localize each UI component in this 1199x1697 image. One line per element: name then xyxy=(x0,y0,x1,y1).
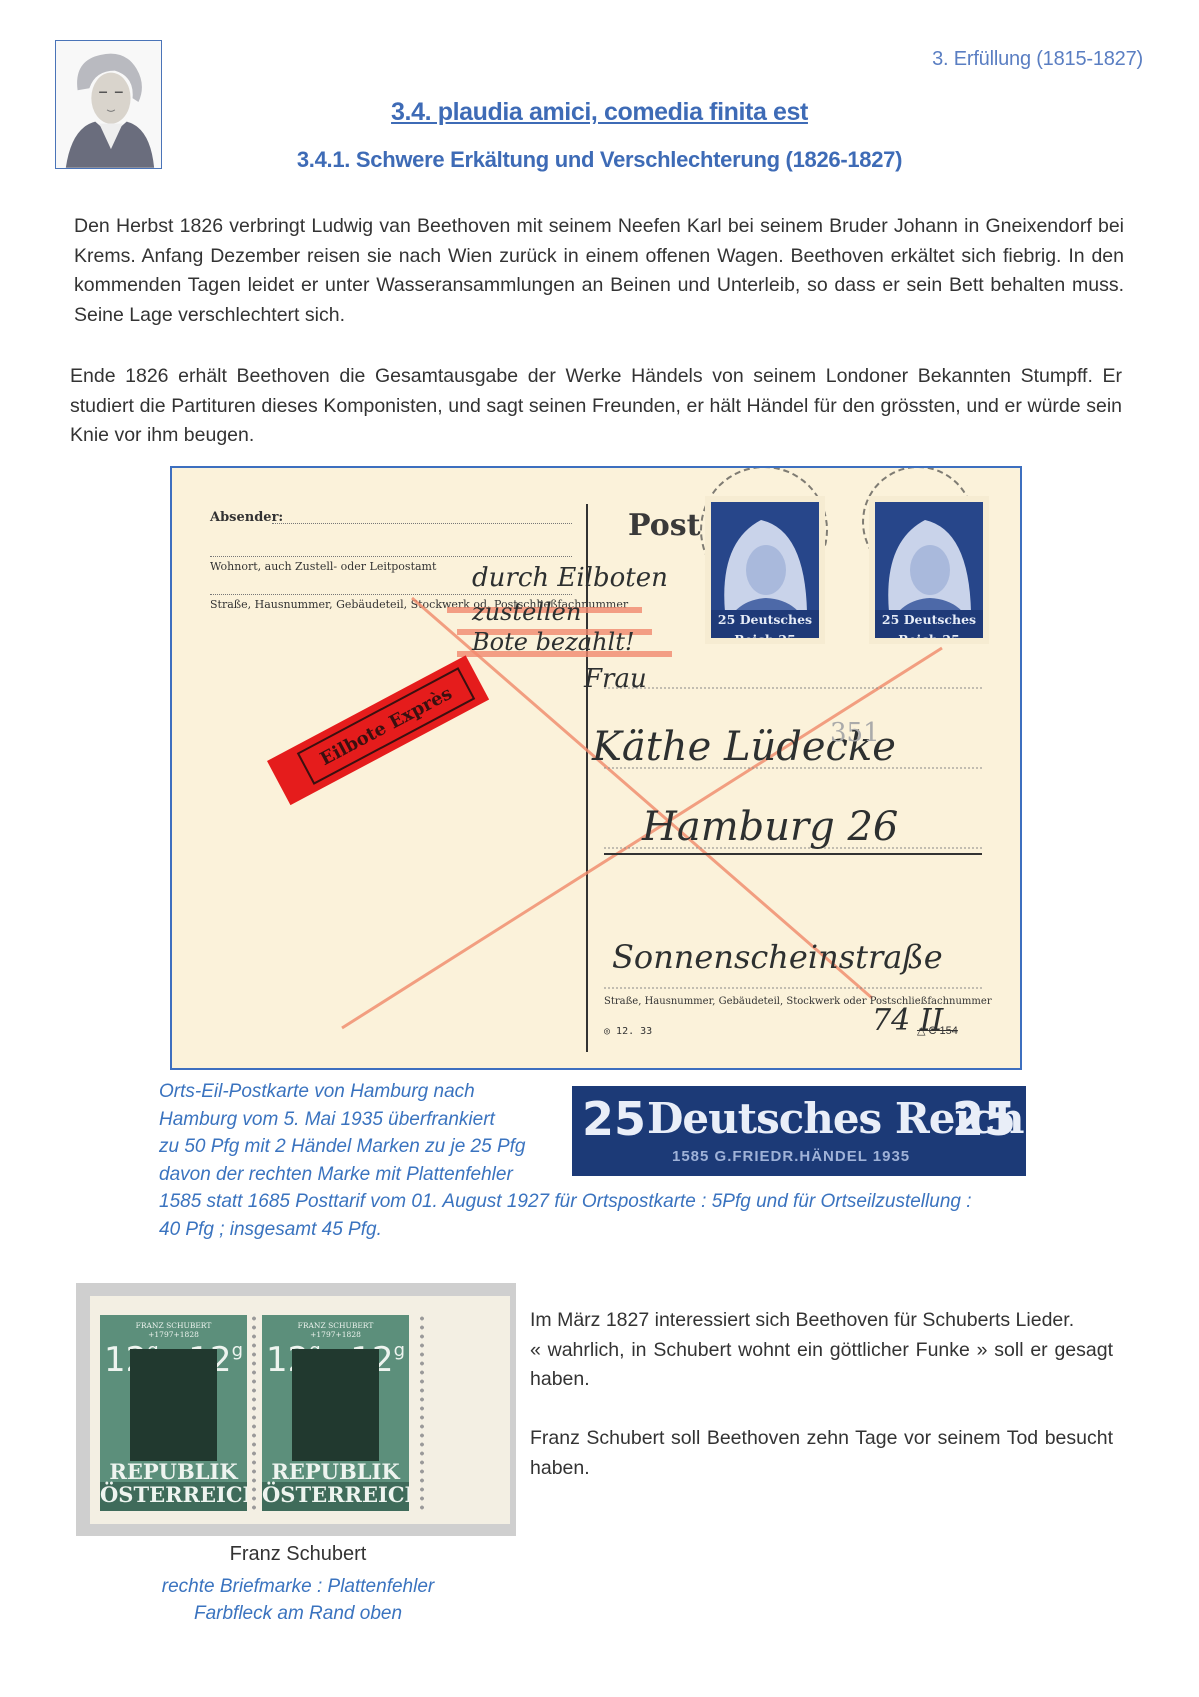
pencil-number: 351 xyxy=(830,718,880,748)
section-title: 3.4. plaudia amici, comedia finita est xyxy=(0,98,1199,127)
stamp-detail-enlargement: 25 Deutsches Reich 25 1585 G.FRIEDR.HÄND… xyxy=(572,1086,1026,1176)
postcard-caption: Orts-Eil-Postkarte von Hamburg nach Hamb… xyxy=(159,1078,579,1188)
paragraph-autumn-1826: Den Herbst 1826 verbringt Ludwig van Bee… xyxy=(74,212,1124,330)
stamp-republic: REPUBLIK xyxy=(262,1459,409,1484)
caption-line: Hamburg vom 5. Mai 1935 überfrankiert xyxy=(159,1106,579,1134)
handwriting-line: Bote bezahlt! xyxy=(472,628,635,656)
schubert-paragraph: Im März 1827 interessiert sich Beethoven… xyxy=(530,1306,1113,1336)
caption-line: 40 Pfg ; insgesamt 45 Pfg. xyxy=(159,1216,1059,1244)
handwriting-line: zustellen xyxy=(472,598,581,626)
postcard-caption-continued: 1585 statt 1685 Posttarif vom 01. August… xyxy=(159,1188,1059,1243)
stamp-value: 25 xyxy=(718,612,735,627)
detail-value-right: 25 xyxy=(952,1092,1016,1146)
footer-code-right: △ C 154 xyxy=(917,1024,958,1037)
stamp-country: Deutsches Reich xyxy=(898,612,976,638)
address-line: Hamburg 26 xyxy=(642,804,898,850)
schubert-text: Im März 1827 interessiert sich Beethoven… xyxy=(530,1306,1113,1483)
stamp-country: ÖSTERREICH xyxy=(100,1482,247,1511)
schubert-stamp-right: FRANZ SCHUBERT+1797+1828 12g 12g REPUBLI… xyxy=(262,1315,409,1511)
stamp-value: 25 xyxy=(778,632,795,638)
schubert-portrait-icon xyxy=(130,1349,217,1461)
schubert-paragraph: Franz Schubert soll Beethoven zehn Tage … xyxy=(530,1424,1113,1483)
footer-street-label: Straße, Hausnummer, Gebäudeteil, Stockwe… xyxy=(604,996,992,1007)
handwriting-line: durch Eilboten xyxy=(472,563,668,593)
address-line: Sonnenscheinstraße xyxy=(612,938,943,976)
handel-stamp-left: 25 Deutsches Reich 25 1685 G.FRIEDR.HÄND… xyxy=(705,496,825,644)
stamp-sheet: FRANZ SCHUBERT+1797+1828 12g 12g REPUBLI… xyxy=(90,1296,510,1524)
caption-line: davon der rechten Marke mit Plattenfehle… xyxy=(159,1161,579,1189)
schubert-stamp-pair-image: FRANZ SCHUBERT+1797+1828 12g 12g REPUBLI… xyxy=(76,1283,516,1536)
caption-line: zu 50 Pfg mit 2 Händel Marken zu je 25 P… xyxy=(159,1133,579,1161)
caption-line: rechte Briefmarke : Plattenfehler xyxy=(110,1573,486,1600)
stamp-unit: g xyxy=(394,1340,405,1361)
stamp-unit: g xyxy=(232,1340,243,1361)
paragraph-handel-edition: Ende 1826 erhält Beethoven die Gesamtaus… xyxy=(70,362,1122,451)
chapter-label: 3. Erfüllung (1815-1827) xyxy=(932,48,1143,71)
footer-code-text: 12. 33 xyxy=(616,1026,652,1037)
stamp-country: ÖSTERREICH xyxy=(262,1482,409,1511)
detail-value-left: 25 xyxy=(582,1092,646,1146)
stamp-country: Deutsches Reich xyxy=(734,612,812,638)
stamp-value: 25 xyxy=(942,632,959,638)
schubert-caption-note: rechte Briefmarke : Plattenfehler Farbfl… xyxy=(110,1573,486,1627)
perforation xyxy=(252,1314,256,1514)
footer-code: ◎ 12. 33 xyxy=(604,1026,652,1037)
schubert-quote: « wahrlich, in Schubert wohnt ein göttli… xyxy=(530,1336,1113,1395)
handel-stamp-right: 25 Deutsches Reich 25 1585 G.FRIEDR.HÄND… xyxy=(869,496,989,644)
detail-inscription: 1585 G.FRIEDR.HÄNDEL 1935 xyxy=(672,1148,910,1165)
schubert-caption-name: Franz Schubert xyxy=(110,1543,486,1566)
postcard-image: Absender: Wohnort, auch Zustell- oder Le… xyxy=(170,466,1022,1070)
caption-line: Farbfleck am Rand oben xyxy=(110,1600,486,1627)
schubert-stamp-left: FRANZ SCHUBERT+1797+1828 12g 12g REPUBLI… xyxy=(100,1315,247,1511)
subsection-title: 3.4.1. Schwere Erkältung und Verschlecht… xyxy=(0,147,1199,173)
stamp-years: +1797+1828 xyxy=(148,1330,199,1339)
address-line: Frau xyxy=(584,664,647,694)
schubert-portrait-icon xyxy=(292,1349,379,1461)
perforation xyxy=(420,1314,424,1514)
caption-line: Orts-Eil-Postkarte von Hamburg nach xyxy=(159,1078,579,1106)
stamp-republic: REPUBLIK xyxy=(100,1459,247,1484)
caption-line: 1585 statt 1685 Posttarif vom 01. August… xyxy=(159,1188,1059,1216)
stamp-years: +1797+1828 xyxy=(310,1330,361,1339)
stamp-value: 25 xyxy=(882,612,899,627)
